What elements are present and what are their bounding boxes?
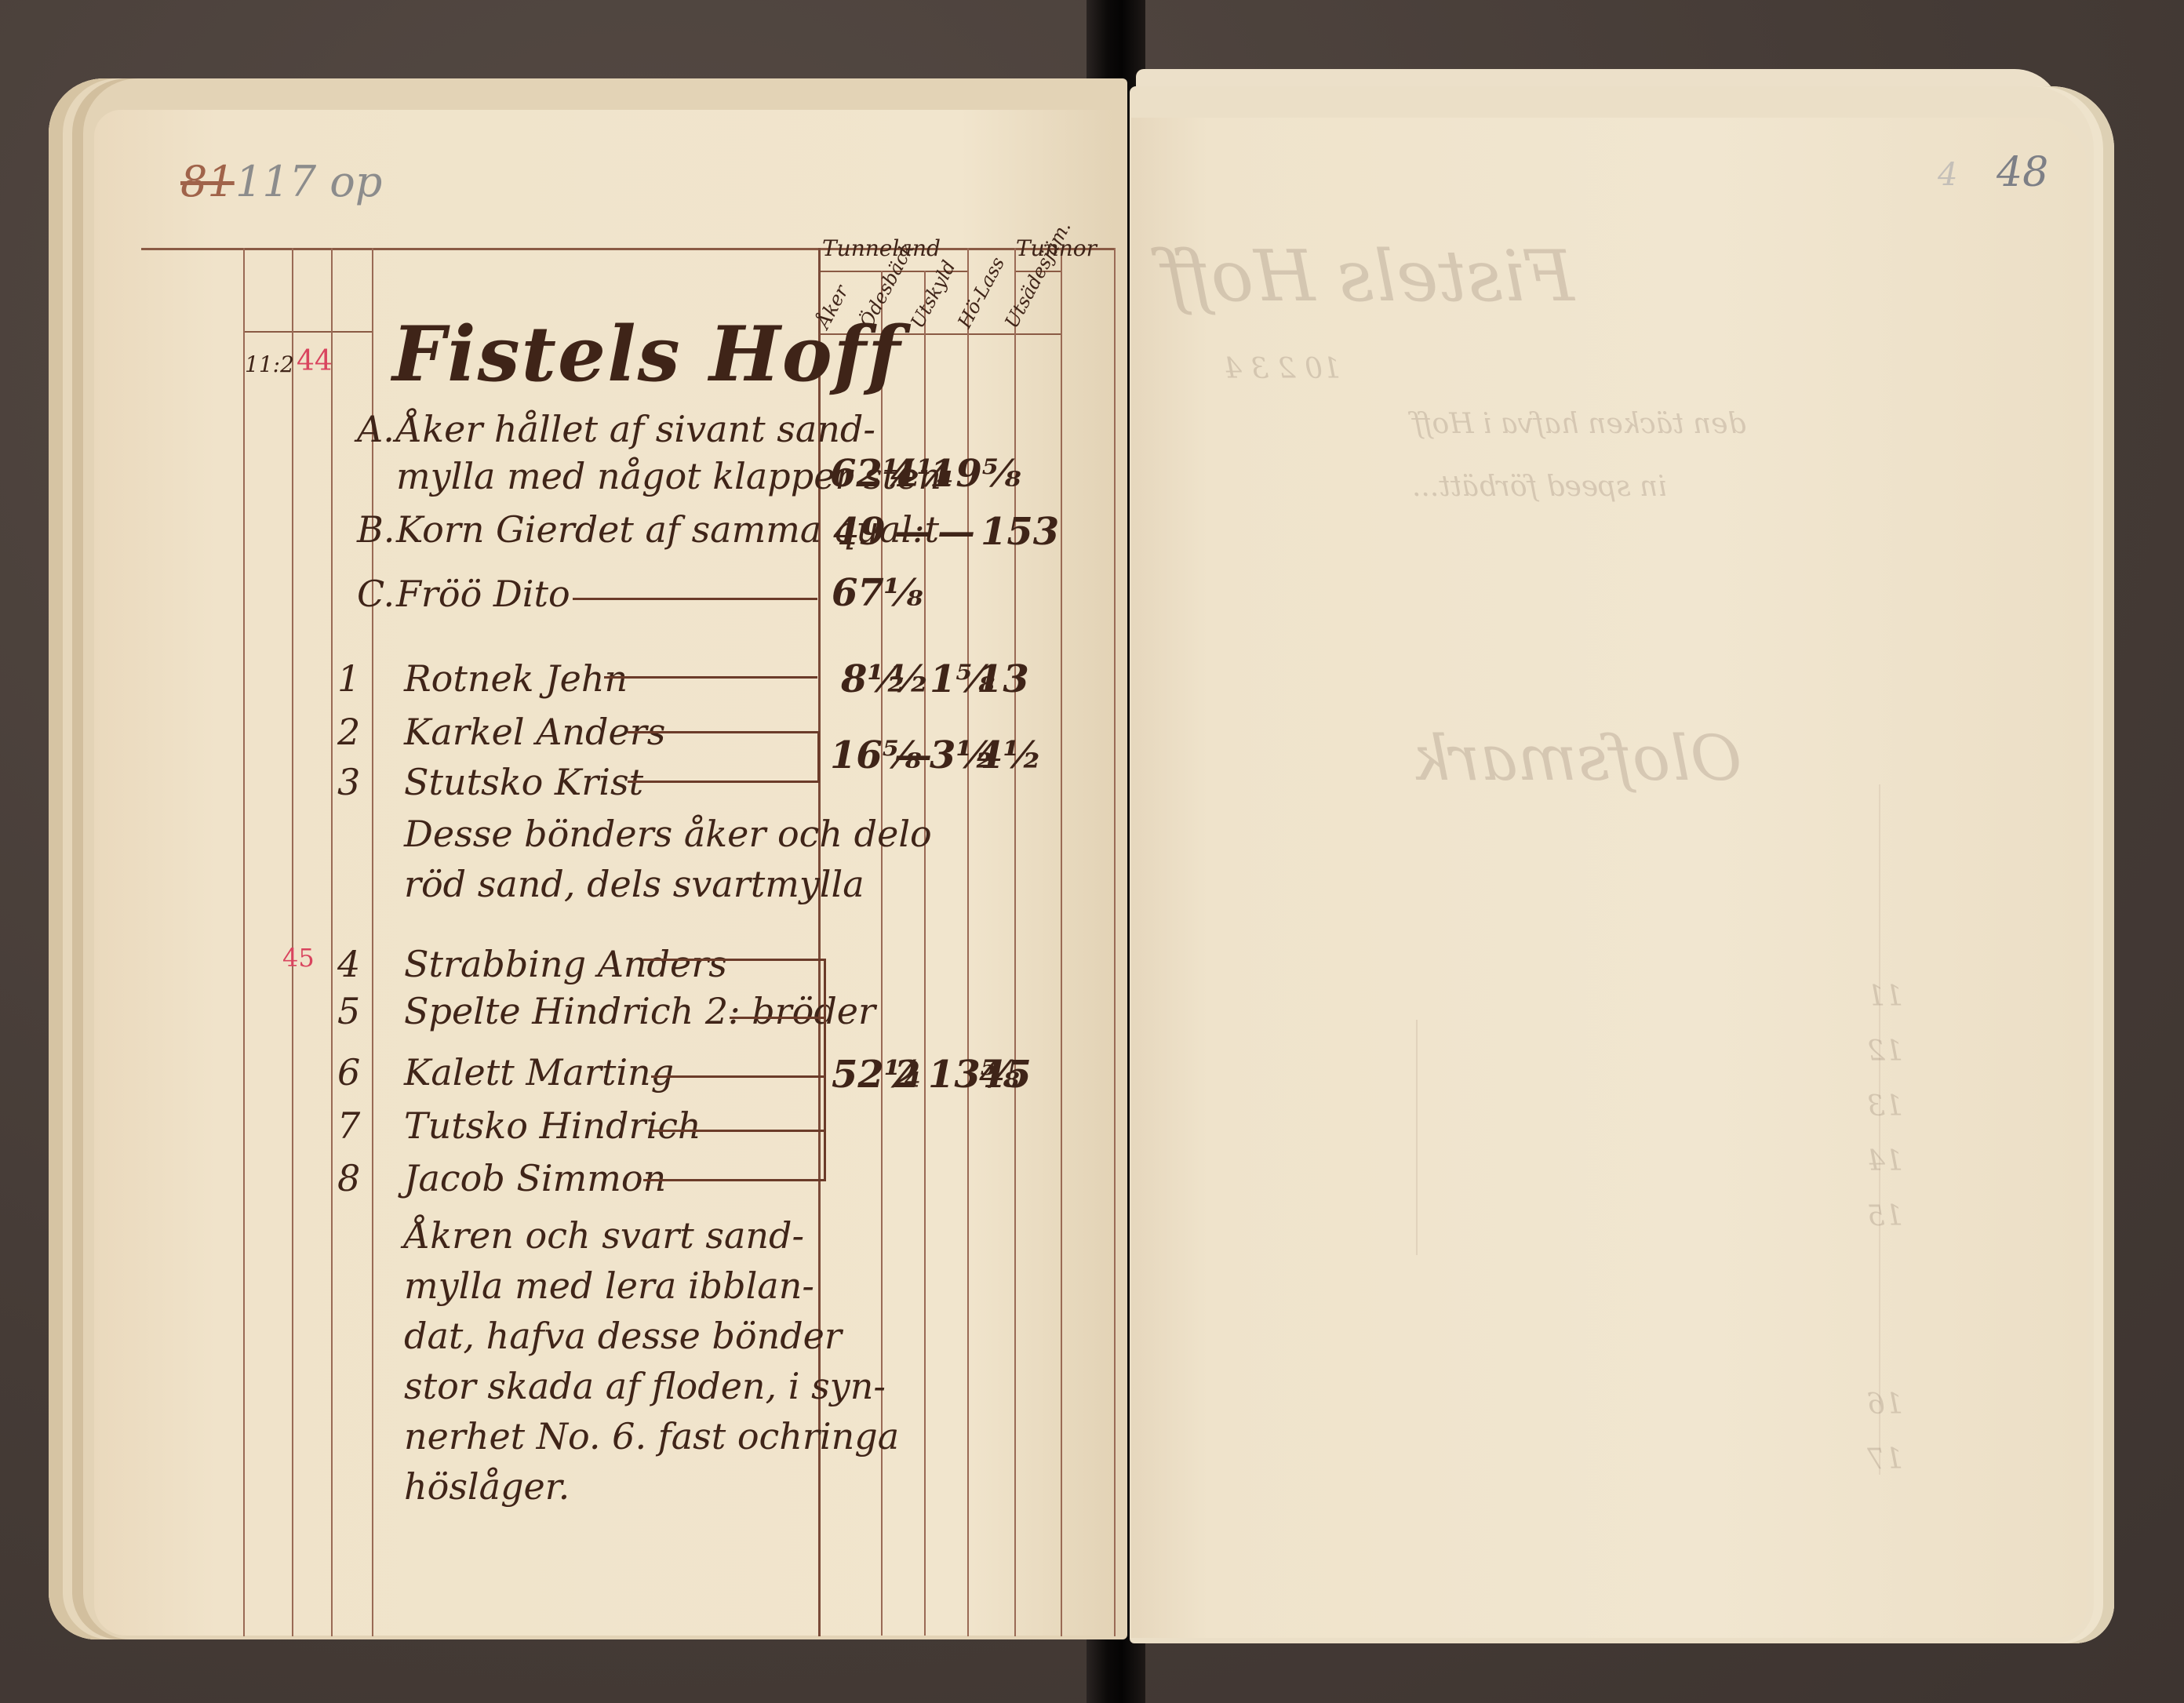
column-group-header-tunneland: Tunneland (822, 235, 941, 261)
holding-6-number: 6 (337, 1051, 360, 1093)
farm-title: Fistels Hoff (392, 310, 901, 398)
bleed-through-number: 15 (1867, 1200, 1903, 1232)
parcel-c-label: C. (357, 573, 395, 615)
bleed-through-number: 12 (1867, 1035, 1903, 1068)
holding-5-number: 5 (337, 990, 360, 1032)
holding-4-leader-line (643, 959, 824, 961)
note-2-line5: nerhet No. 6. fast ochringa (404, 1415, 899, 1457)
margin-rule-1 (243, 248, 245, 1636)
parcel-c-description: Fröö Dito (396, 573, 570, 615)
parcel-b-value-aker: 49 (833, 510, 886, 554)
holding-6-name: Kalett Marting (404, 1051, 674, 1093)
holding-2-leader-line (628, 731, 817, 733)
holding-3-name: Stutsko Krist (404, 761, 643, 803)
folio-number: 48 (1997, 149, 2048, 196)
holding-2-name: Karkel Anders (404, 711, 665, 753)
holding-7-name: Tutsko Hindrich (404, 1104, 701, 1147)
bleed-through-number: 14 (1867, 1145, 1903, 1177)
note-1-line1: Desse bönders åker och delo (404, 813, 932, 855)
bleed-through-number: 11 (1867, 981, 1903, 1013)
parcel-b-value-tunnor: 153 (981, 510, 1059, 554)
parcel-a-value-3: 19⅝ (930, 452, 1021, 496)
holding-2-number: 2 (337, 711, 360, 753)
archive-pencil-reference-rest: 117 op (235, 157, 382, 206)
holdings-4-8-value-2: 2 (894, 1053, 920, 1097)
bleed-through-line: 10 2 3 4 (1224, 353, 1341, 385)
margin-rule-3 (331, 248, 333, 1636)
parcel-b-value-2: — (894, 510, 932, 554)
bleed-through-number: 13 (1867, 1090, 1903, 1123)
bleed-through-title: Fistels Hoff (1161, 235, 1574, 318)
bleed-through-number: 16 (1867, 1388, 1903, 1421)
holdings-4-8-brace (824, 959, 826, 1181)
holding-1-value-tunnor: 13 (977, 657, 1029, 701)
margin-rule-4 (372, 248, 373, 1636)
parcel-b-value-3: — (937, 510, 975, 554)
bleed-through-line: in speed förbätt... (1412, 471, 1667, 503)
parcel-c-value-aker: 67⅛ (832, 571, 923, 615)
holding-7-leader-line (651, 1130, 824, 1132)
archive-pencil-reference: 81 (180, 157, 235, 206)
holding-8-number: 8 (337, 1157, 360, 1199)
holdings-2-3-value-2: — (894, 733, 932, 777)
note-2-line3: dat, hafva desse bönder (404, 1315, 842, 1357)
holdings-2-3-value-tunnor: 4½ (977, 733, 1042, 777)
holding-5-leader-line (730, 1017, 824, 1019)
bleed-through-number: 17 (1867, 1443, 1903, 1476)
margin-red-number-44: 44 (297, 345, 333, 377)
holding-5-name: Spelte Hindrich 2: bröder (404, 990, 875, 1032)
parcel-b-label: B. (357, 508, 395, 551)
parcel-a-description-line1: Åker hållet af sivant sand- (396, 408, 875, 450)
margin-subheader-rule (243, 331, 373, 333)
value-column-rule-5 (1061, 248, 1062, 1636)
holdings-4-8-value-tunnor: 45 (979, 1053, 1032, 1097)
parcel-c-leader-line (573, 598, 817, 600)
holding-4-number: 4 (337, 943, 360, 985)
page-right-rule (1114, 248, 1116, 1636)
margin-rule-2 (292, 248, 293, 1636)
margin-reference-number: 11:2 (245, 351, 294, 377)
holding-3-number: 3 (337, 761, 360, 803)
margin-red-number-45: 45 (282, 943, 315, 973)
faint-folio-mark: 4 (1938, 157, 1957, 193)
holding-1-value-2: ½ (890, 657, 930, 701)
holding-1-name: Rotnek Jehn (404, 657, 628, 700)
holding-3-leader-line (628, 781, 817, 783)
note-2-line1: Åkren och svart sand- (404, 1214, 804, 1257)
holding-8-name: Jacob Simmon (404, 1157, 666, 1199)
note-2-line6: höslåger. (404, 1465, 570, 1508)
right-page (1131, 118, 2087, 1638)
bleed-through-ruling (1879, 784, 1880, 1475)
parcel-a-label: A. (357, 408, 395, 450)
bleed-through-line: den täcken hafva i Hoff (1412, 408, 1746, 440)
note-1-line2: röd sand, dels svartmylla (404, 863, 864, 905)
holding-7-number: 7 (337, 1104, 360, 1147)
holding-1-leader-line (604, 676, 817, 679)
note-2-line4: stor skada af floden, i syn- (404, 1365, 886, 1407)
holding-4-name: Strabbing Anders (404, 943, 727, 985)
holding-8-leader-line (643, 1179, 824, 1181)
note-2-line2: mylla med lera ibblan- (404, 1265, 814, 1307)
bleed-through-ruling (1416, 1020, 1418, 1255)
holding-6-leader-line (651, 1075, 824, 1078)
bleed-through-heading: Olofsmark (1412, 722, 1742, 795)
holding-1-number: 1 (337, 657, 360, 700)
holdings-2-3-brace (817, 731, 820, 783)
